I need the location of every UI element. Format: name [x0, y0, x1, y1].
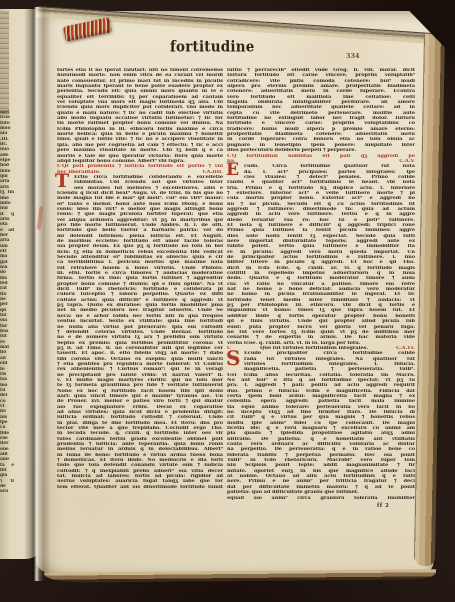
page-number: 334: [346, 52, 360, 60]
running-title: fortitudine: [170, 38, 255, 55]
quire-signature: ff 2: [377, 504, 389, 509]
book-photo: mēticoaſūtomuoaīa.III.ſic.nuoadēeſpehōdl…: [0, 0, 455, 602]
paragraph-mark: C: [227, 154, 231, 159]
initial-letter-T: T: [55, 173, 69, 189]
page-block-bottom-edge: [44, 569, 436, 582]
facing-page-text-fragments: mēticoaſūtomuoaīa.III.ſic.nuoadēeſpehōdl…: [0, 110, 14, 495]
right-text-column: E S ff 2 iuſtio ⁊ perrarecib⁹ oſtēdit vn…: [227, 68, 415, 501]
initial-letter-S: S: [226, 349, 240, 367]
left-block-fore-edge: [0, 11, 9, 115]
rubric-line: CQ̄ fortitudinis nobilitas eſt pati qʒ a…: [227, 154, 415, 159]
book-page: fortitudine 334 T fortes etiā ſi nō ſper…: [36, 11, 434, 577]
left-text-column: T fortes etiā ſi nō ſperāt ſalutari: niſ…: [57, 68, 223, 490]
text-line: orū: [0, 489, 14, 494]
gutter-crease: [24, 7, 51, 581]
text-line: tem efferat. Qualiter aūt oīs diuerſimod…: [57, 485, 223, 490]
paragraph-mark: C: [57, 164, 61, 169]
initial-letter-E: E: [226, 163, 239, 178]
text-line: equali aīo anim⁹ circa graulorū tolerāti…: [227, 496, 415, 501]
